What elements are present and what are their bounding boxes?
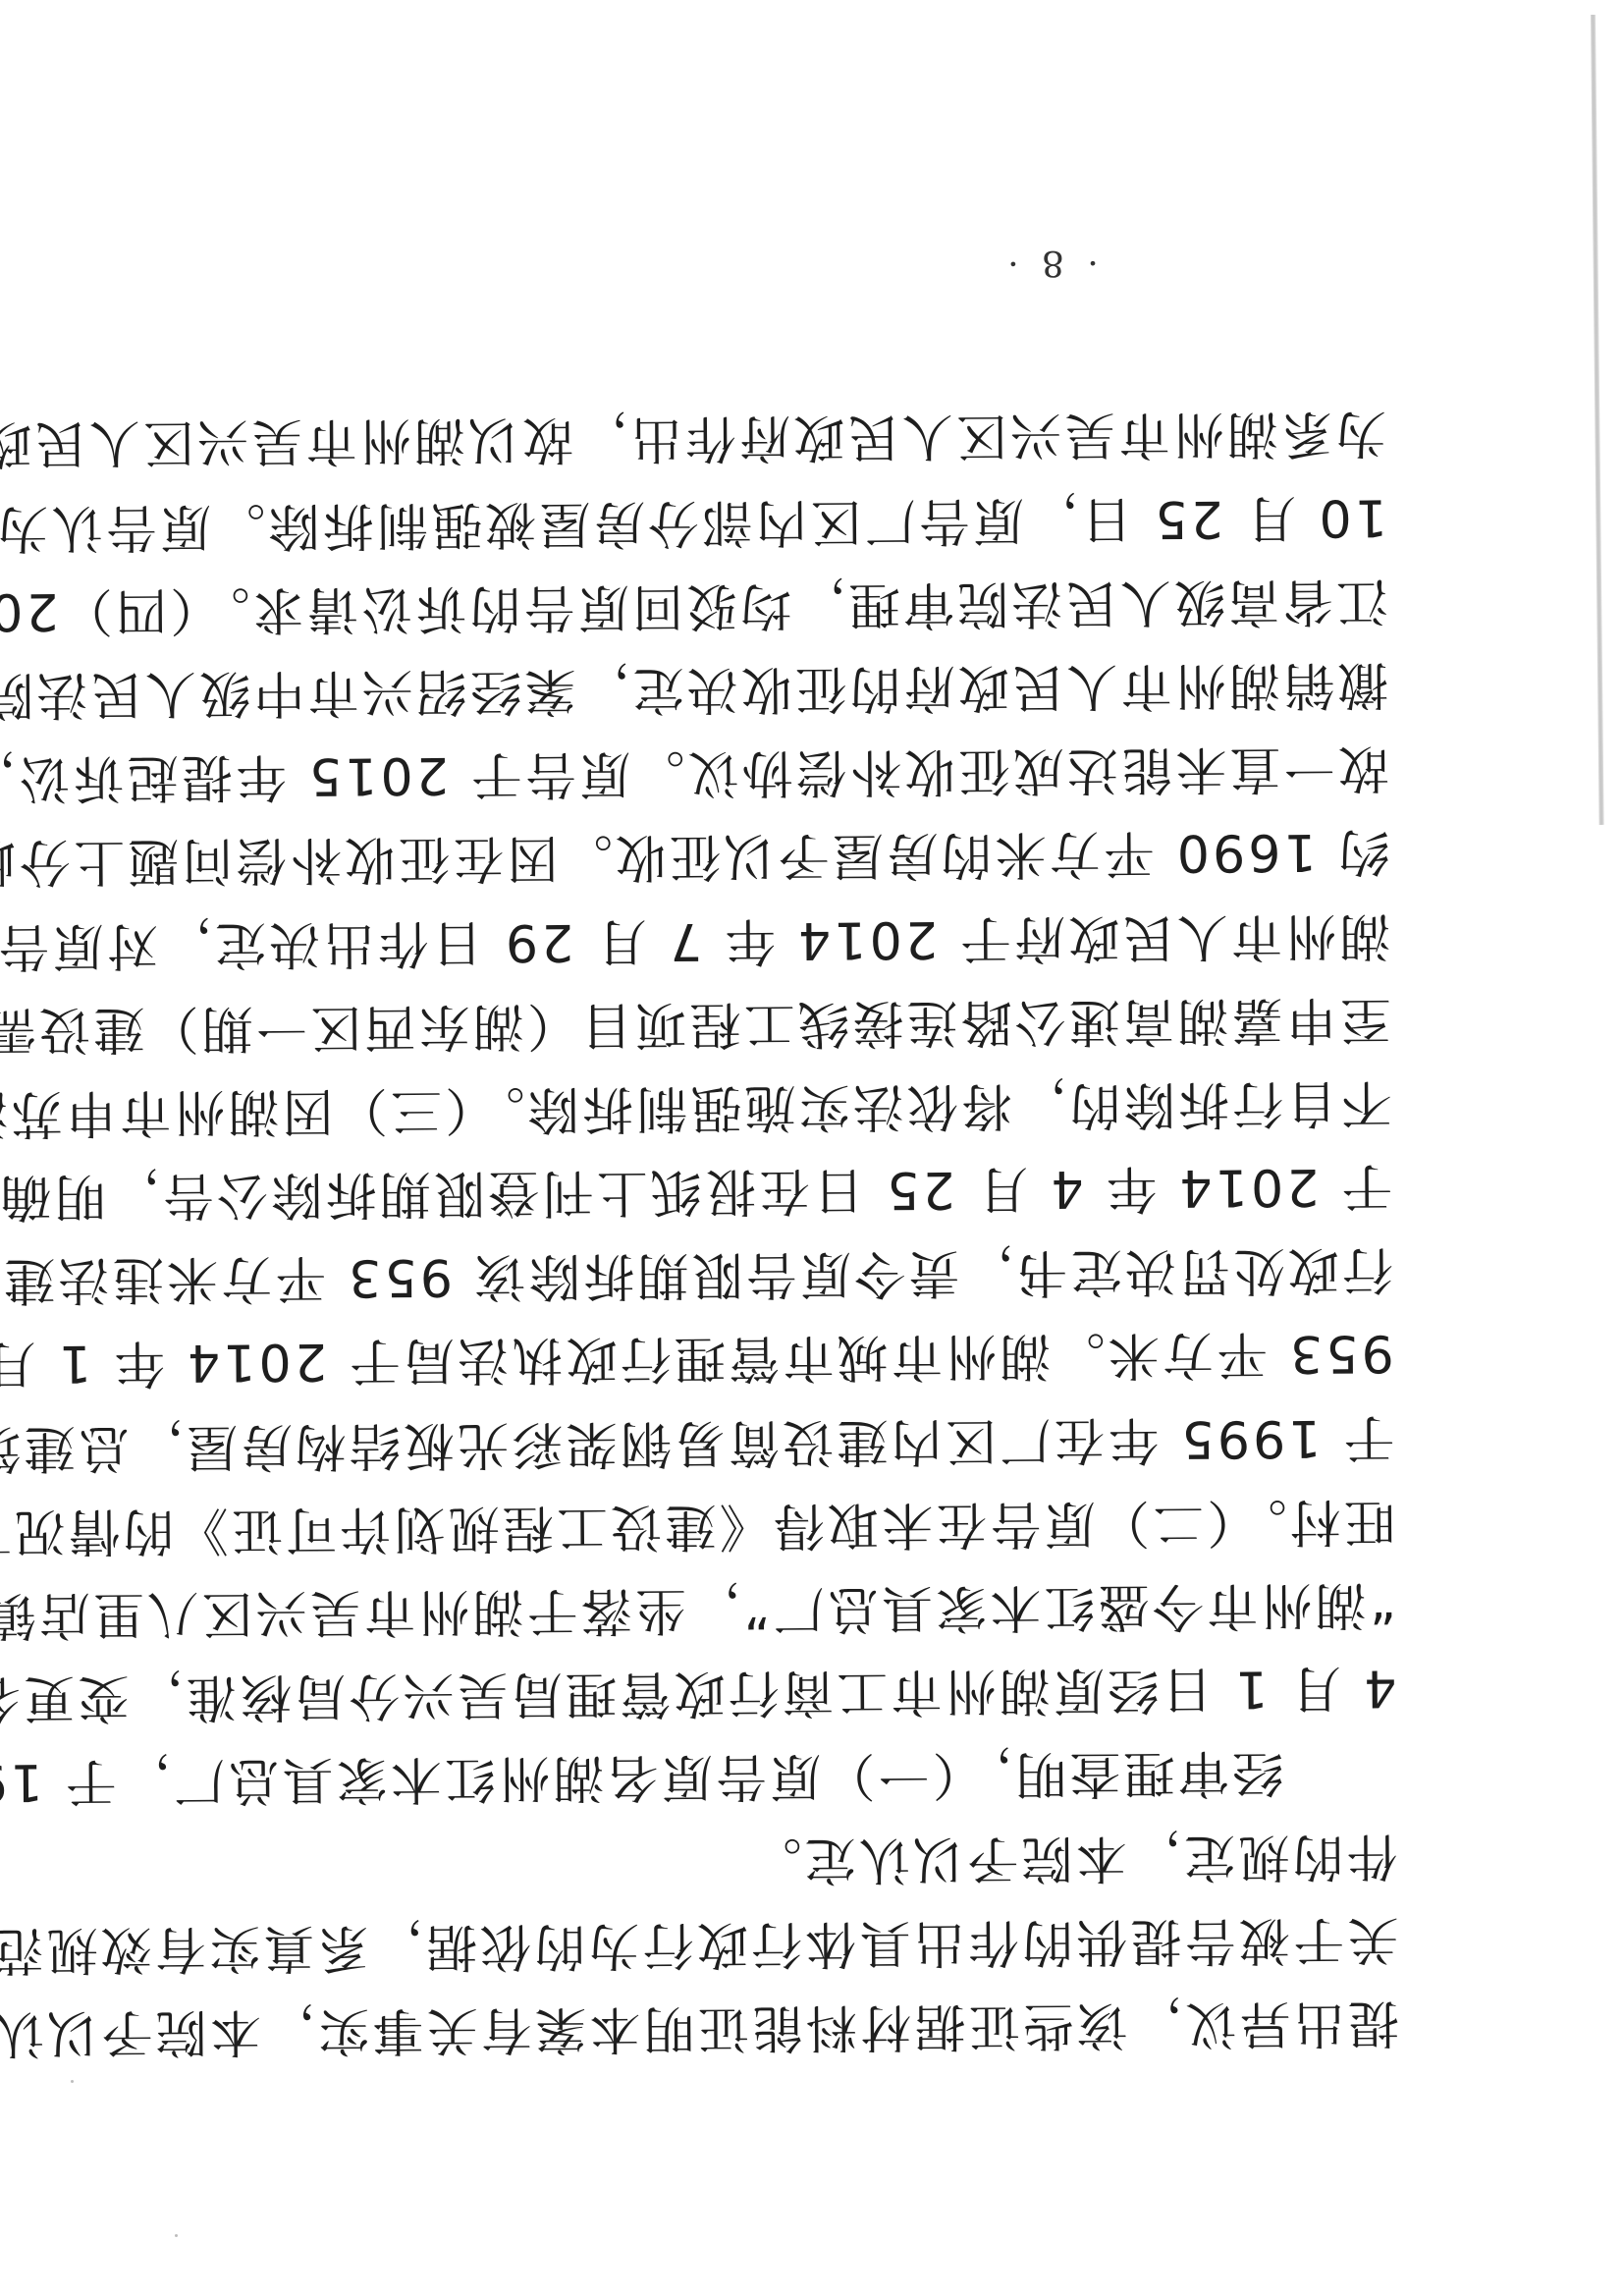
- text-line: 湖州市人民政府于 2014 年 7 月 29 日作出决定，对原告建筑面积: [124, 893, 1391, 986]
- text-line: “湖州市今盛红木家具总厂”，坐落于湖州市吴兴区八里店镇陆: [129, 1561, 1396, 1655]
- text-line: 10 月 25 日，原告厂区内部分房屋被强制拆除。原告认为拆除行: [121, 474, 1388, 568]
- text-line: 953 平方米。湖州市城市管理行政执法局于 2014 年 1 月 3 日作出: [127, 1311, 1394, 1404]
- text-line-paragraph-start: 经审理查明，（一）原告原名湖州红木家具总厂，于 1996 年: [131, 1729, 1398, 1823]
- text-line: 旺村。（二）原告在未取得《建设工程规划许可证》的情况下，: [129, 1478, 1396, 1571]
- document-page: 提出异议，该些证据材料能证明本案有关事实，本院予以认定。 关于被告提供的作出具体…: [0, 0, 1623, 2296]
- text-line: 行政处罚决定书，责令原告限期拆除该 953 平方米违法建筑，并: [127, 1227, 1394, 1320]
- text-line: 于 2014 年 4 月 25 日在报纸上刊登限期拆除公告，明确原告逾期: [126, 1143, 1393, 1236]
- text-line: 为系湖州市吴兴区人民政府作出，故以湖州市吴兴区人民政府为: [120, 391, 1387, 484]
- text-line: 提出异议，该些证据材料能证明本案有关事实，本院予以认定。: [133, 1980, 1400, 2073]
- text-line: 故一直未能达成征收补偿协议。原告于 2015 年提起诉讼，要求: [123, 725, 1390, 818]
- text-line: 不自行拆除的，将依法实施强制拆除。（三）因湖州市申苏浙皖: [125, 1060, 1392, 1153]
- text-line: 关于被告提供的作出具体行政行为的依据，系真实有效规范性文: [132, 1896, 1399, 1990]
- text-line: 撤销湖州市人民政府的征收决定，案经绍兴市中级人民法院和浙: [122, 641, 1389, 735]
- text-line: 江省高级人民法院审理，均驳回原告的诉讼请求。（四）2014 年: [121, 558, 1388, 651]
- text-line: 4 月 1 日经原湖州市工商行政管理局吴兴分局核准，变更名称为: [130, 1645, 1397, 1738]
- text-line: 件的规定，本院予以认定。: [131, 1813, 1398, 1906]
- text-line: 至申嘉湖高速公路连接线工程项目（湖东西区一期）建设需要，: [125, 976, 1392, 1069]
- text-line: 约 1690 平方米的房屋予以征收。因在征收补偿问题上分歧较大，: [123, 809, 1390, 902]
- body-text: 提出异议，该些证据材料能证明本案有关事实，本院予以认定。 关于被告提供的作出具体…: [120, 391, 1399, 2074]
- page-number: · 8 ·: [0, 239, 1616, 292]
- text-line: 于 1995 年在厂区内建设简易钢架彩光板结构房屋，总建筑面积: [128, 1394, 1395, 1488]
